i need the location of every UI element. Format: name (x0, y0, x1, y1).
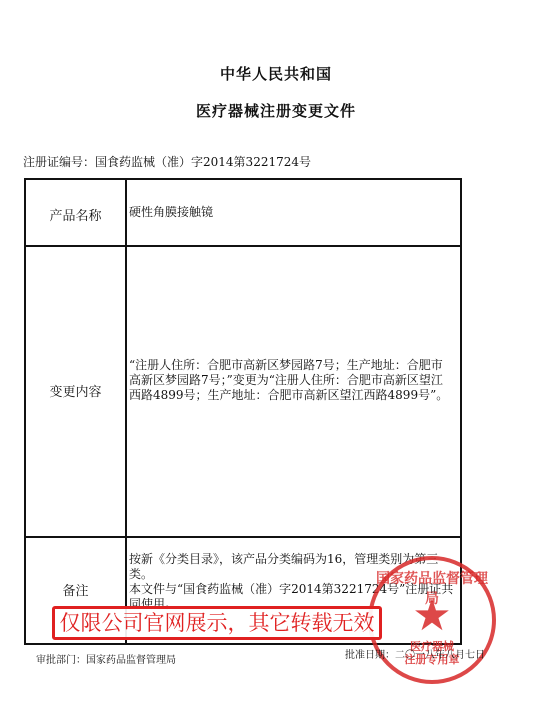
approval-dept-label: 审批部门： (36, 655, 86, 666)
star-icon: ★ (372, 594, 492, 638)
country-title: 中华人民共和国 (0, 63, 552, 84)
row-divider (26, 536, 460, 538)
approval-date-value: 二〇一八年八月七日 (395, 650, 485, 661)
remarks-label: 备注 (26, 580, 125, 599)
column-divider (125, 180, 127, 643)
watermark-banner: 仅限公司官网展示，其它转载无效 (52, 606, 382, 640)
document-title: 医疗器械注册变更文件 (0, 100, 552, 121)
change-content-value: “注册人住所：合肥市高新区梦园路7号；生产地址：合肥市高新区梦园路7号；”变更为… (129, 358, 454, 403)
registration-value: 国食药监械（准）字2014第3221724号 (95, 155, 311, 169)
change-content-label: 变更内容 (26, 381, 125, 400)
approval-department: 审批部门：国家药品监督管理局 (36, 651, 176, 666)
registration-number: 注册证编号：国食药监械（准）字2014第3221724号 (23, 153, 311, 170)
product-name-value: 硬性角膜接触镜 (129, 205, 454, 220)
registration-label: 注册证编号： (23, 155, 95, 169)
official-seal: 国家药品监督管理局 ★ 医疗器械 注册专用章 (368, 556, 496, 684)
product-name-label: 产品名称 (26, 205, 125, 224)
approval-date-label: 批准日期： (345, 650, 395, 661)
row-divider (26, 245, 460, 247)
approval-date: 批准日期：二〇一八年八月七日 (345, 646, 485, 661)
approval-dept-value: 国家药品监督管理局 (86, 655, 176, 666)
